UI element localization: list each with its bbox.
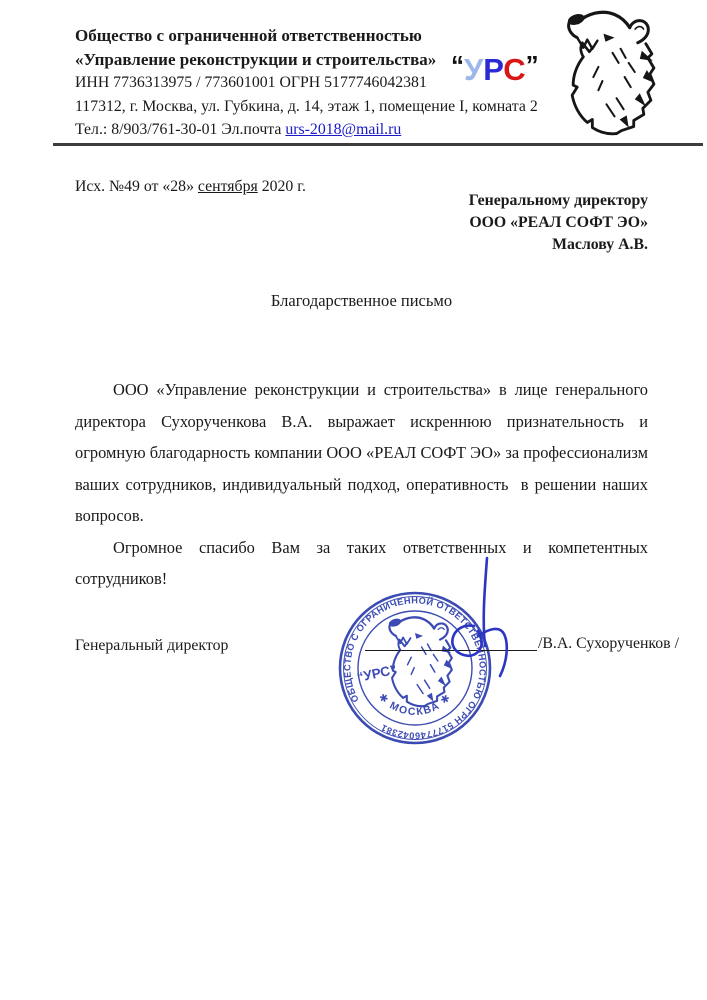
header-divider bbox=[53, 143, 703, 146]
addressee-line: Генеральному директору bbox=[469, 190, 648, 212]
company-address: 117312, г. Москва, ул. Губкина, д. 14, э… bbox=[75, 95, 495, 119]
signer-position-label: Генеральный директор bbox=[75, 637, 228, 655]
urs-logo: “УРС” bbox=[451, 40, 546, 90]
letter-title: Благодарственное письмо bbox=[75, 291, 648, 311]
letter-page: Общество с ограниченной ответственностью… bbox=[0, 0, 707, 1000]
logo-letter-u: У bbox=[464, 52, 483, 87]
addressee-block: Генеральному директору ООО «РЕАЛ СОФТ ЭО… bbox=[469, 190, 648, 256]
addressee-line: ООО «РЕАЛ СОФТ ЭО» bbox=[469, 212, 648, 234]
outgoing-reference: Исх. №49 от «28» сентября 2020 г. bbox=[75, 178, 306, 196]
company-contacts: Тел.: 8/903/761-30-01 Эл.почта urs-2018@… bbox=[75, 118, 495, 142]
company-info-block: Общество с ограниченной ответственностью… bbox=[75, 24, 495, 142]
phone-label: Тел.: 8/903/761-30-01 Эл.почта bbox=[75, 121, 285, 138]
body-paragraph-1: ООО «Управление реконструкции и строител… bbox=[75, 374, 648, 532]
stamp-urs-text: “УРС” bbox=[356, 662, 399, 685]
signer-name-label: /В.А. Сухорученков / bbox=[538, 635, 679, 653]
company-name-line1: Общество с ограниченной ответственностью bbox=[75, 24, 495, 48]
addressee-line: Маслову А.В. bbox=[469, 234, 648, 256]
bear-head-icon bbox=[556, 6, 662, 138]
letter-body: ООО «Управление реконструкции и строител… bbox=[75, 374, 648, 595]
email-link[interactable]: urs-2018@mail.ru bbox=[285, 121, 401, 138]
company-name-line2: «Управление реконструкции и строительств… bbox=[75, 48, 495, 72]
ref-suffix: 2020 г. bbox=[258, 178, 306, 195]
ref-prefix: Исх. №49 от «28» bbox=[75, 178, 198, 195]
logo-close-quote: ” bbox=[526, 50, 539, 80]
signature-scribble bbox=[438, 552, 530, 684]
logo-letter-r: Р bbox=[483, 52, 503, 87]
logo-open-quote: “ bbox=[451, 50, 464, 80]
body-paragraph-2: Огромное спасибо Вам за таких ответствен… bbox=[75, 532, 648, 595]
logo-letter-s: С bbox=[503, 52, 525, 87]
ref-month-underlined: сентября bbox=[198, 178, 258, 195]
company-inn-ogrn: ИНН 7736313975 / 773601001 ОГРН 51777460… bbox=[75, 71, 495, 95]
